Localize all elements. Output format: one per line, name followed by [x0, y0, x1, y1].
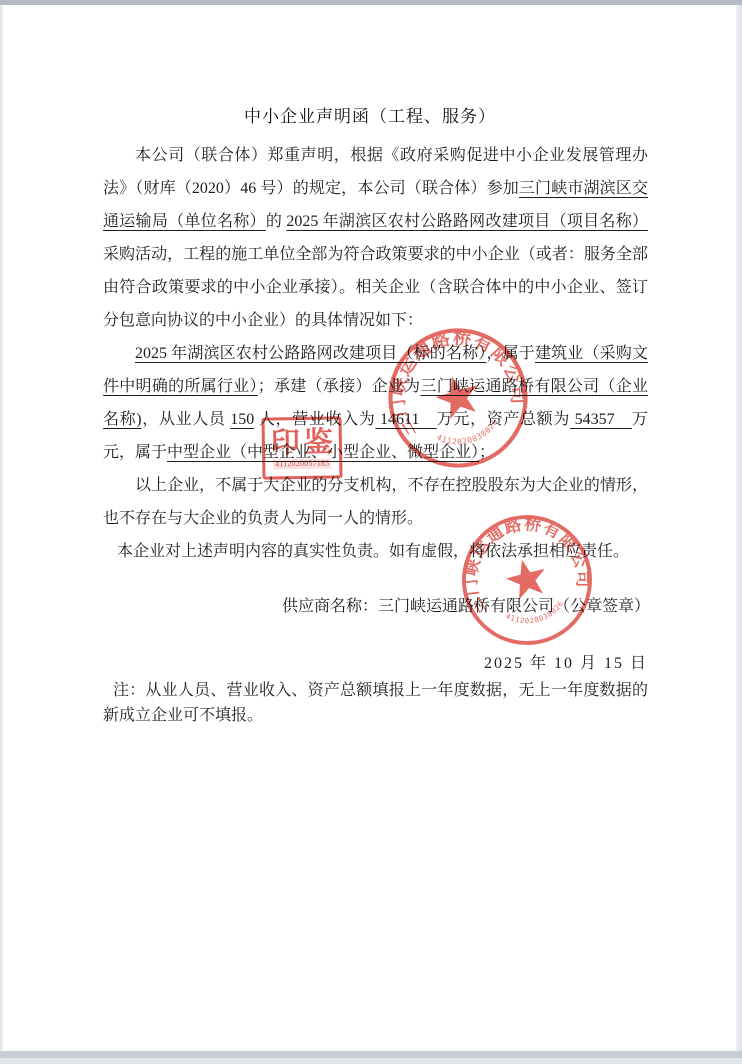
text-segment: 54357	[570, 411, 632, 428]
viewer-bottom-frame	[0, 1051, 742, 1058]
document-page: 中小企业声明函（工程、服务） 本公司（联合体）郑重声明，根据《政府采购促进中小企…	[2, 5, 738, 1051]
footnote: 注：从业人员、营业收入、资产总额填报上一年度数据，无上一年度数据的新成立企业可不…	[103, 678, 648, 728]
rectangular-seal-stamp: 印鉴 4112020057183	[261, 416, 342, 479]
document-title: 中小企业声明函（工程、服务）	[2, 100, 738, 133]
seal-code-text: 4112020038026	[433, 416, 503, 454]
text-segment: 150	[230, 411, 254, 428]
text-segment: ，从业人员	[142, 411, 231, 428]
paragraph-declaration: 本公司（联合体）郑重声明，根据《政府采购促进中小企业发展管理办法》（财库（202…	[103, 139, 648, 337]
star-icon	[431, 370, 483, 421]
seal-label: 印鉴	[267, 426, 338, 459]
text-segment: 2025 年湖滨区农村公路路网改建项目（项目名称）	[286, 213, 648, 230]
seal-number: 4112020057183	[273, 458, 331, 469]
text-segment: 采购活动，工程的施工单位全部为符合政策要求的中小企业（或者：服务全部由符合政策要…	[103, 246, 648, 329]
document-viewer: { "document": { "title": "中小企业声明函（工程、服务）…	[0, 0, 742, 1064]
star-icon	[503, 555, 551, 602]
text-segment: 的	[266, 213, 287, 230]
seal-code-text: 4112020038026	[503, 597, 569, 631]
